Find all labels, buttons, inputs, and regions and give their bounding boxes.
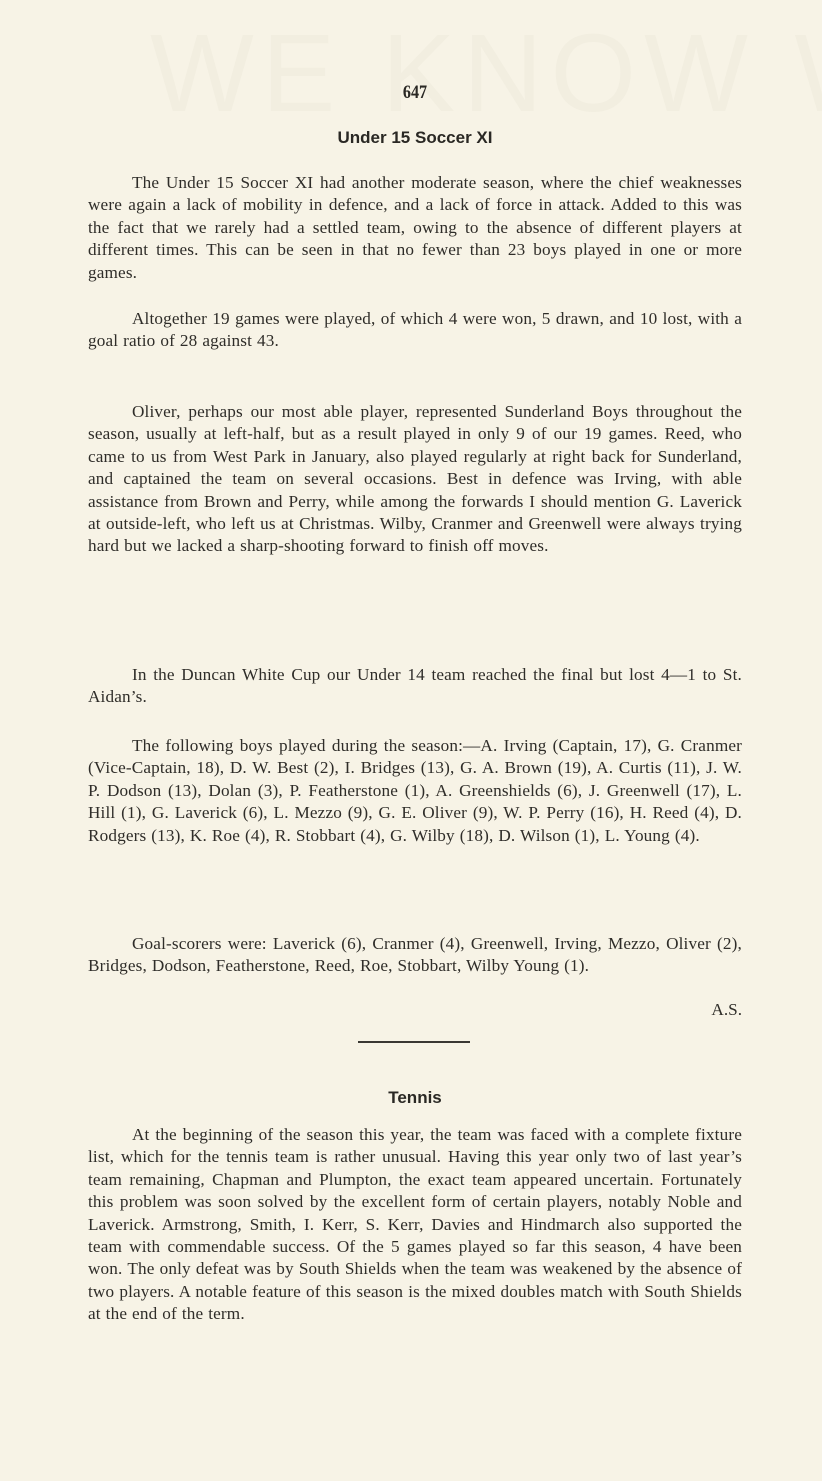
soccer-paragraph-players: Oliver, perhaps our most able player, re… [88,401,742,558]
section-title-tennis: Tennis [88,1088,742,1108]
soccer-paragraph-goal-scorers: Goal-scorers were: Laverick (6), Cranmer… [88,933,742,978]
author-signature: A.S. [711,999,742,1021]
page-number: 647 [137,82,693,104]
soccer-paragraph-results: Altogether 19 games were played, of whic… [88,308,742,353]
soccer-paragraph-cup: In the Duncan White Cup our Under 14 tea… [88,664,742,709]
soccer-paragraph-roster: The following boys played during the sea… [88,735,742,847]
soccer-paragraph-intro: The Under 15 Soccer XI had another moder… [88,172,742,284]
tennis-paragraph: At the beginning of the season this year… [88,1124,742,1326]
section-divider [358,1041,470,1043]
section-title-soccer: Under 15 Soccer XI [88,128,742,148]
